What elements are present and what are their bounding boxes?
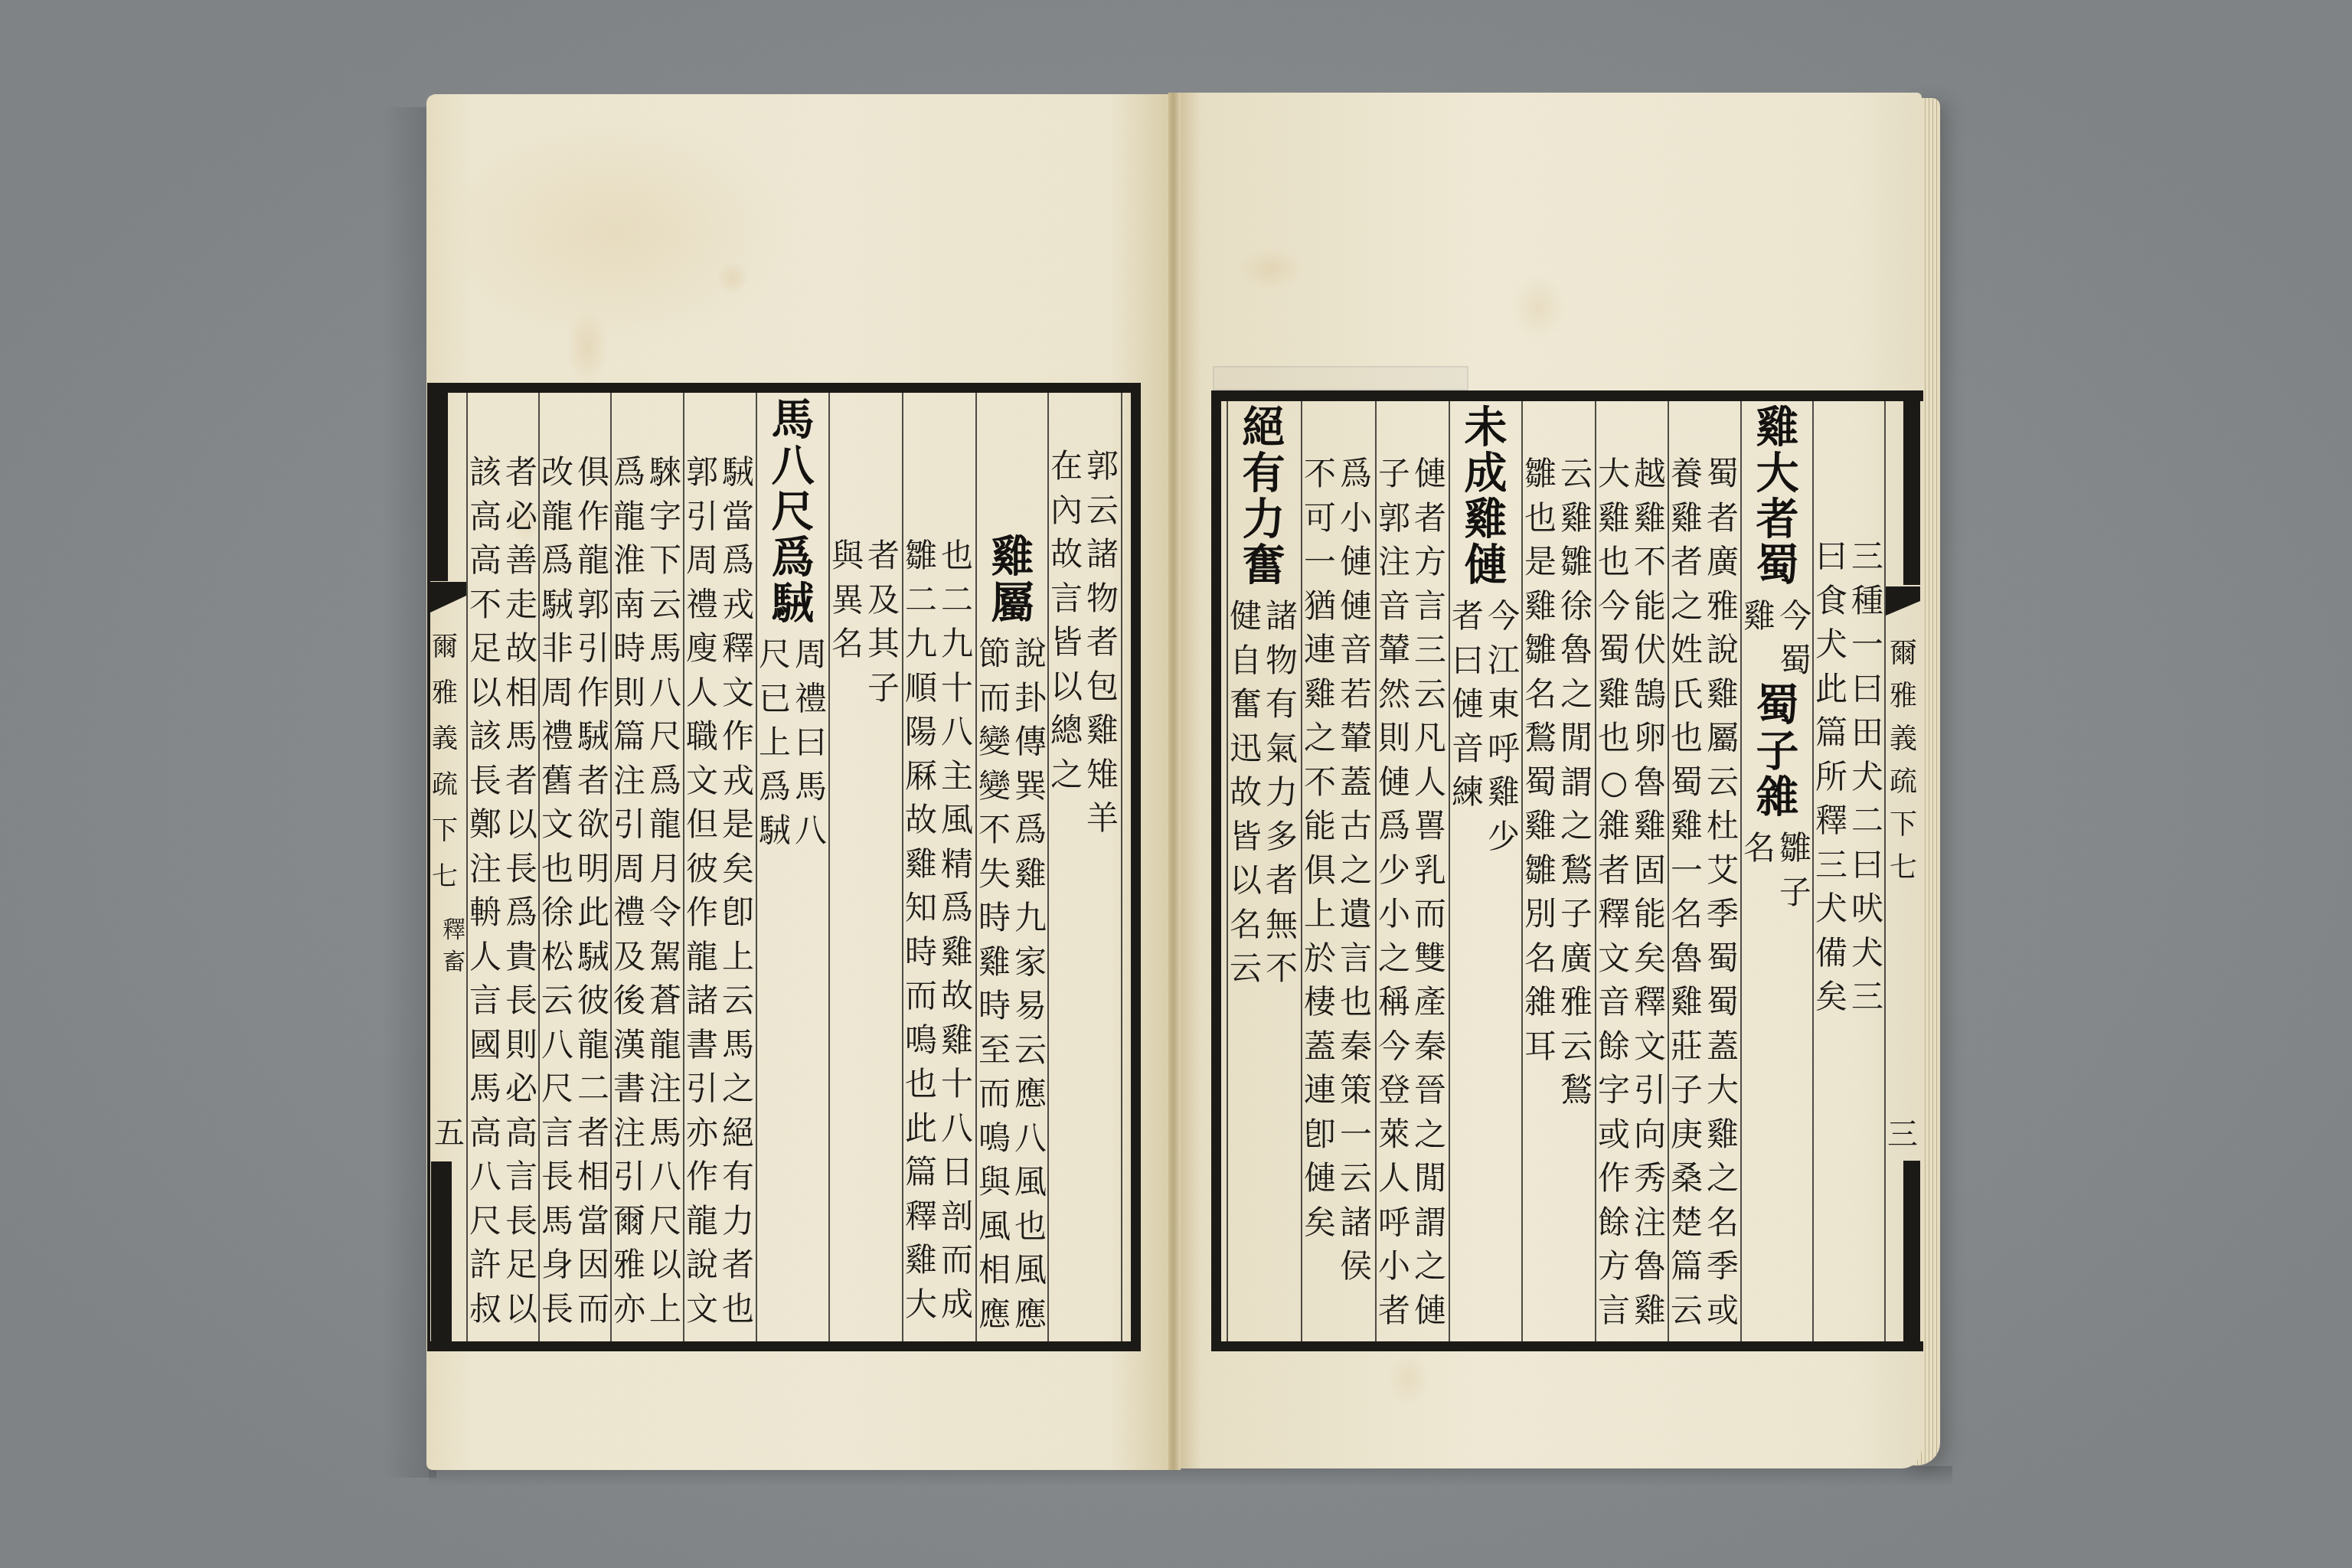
glyph: 剖 [939,1194,975,1239]
glyph: 云 [1338,1156,1374,1200]
annotation-line-left: 在內故言皆以總之 [1049,444,1085,796]
glyph: 作 [576,495,612,539]
glyph: 尺 [648,1199,684,1243]
glyph: 鳴 [903,1018,939,1063]
glyph: 爲 [1013,808,1049,852]
glyph: 此 [903,1106,939,1151]
glyph: 卦 [1013,676,1049,720]
glyph: 子 [1778,871,1814,915]
annotation-line-left: 名 [1742,826,1778,871]
glyph: 者 [1705,496,1741,541]
glyph: 爲 [612,450,648,495]
glyph: 雞 [1461,496,1511,542]
glyph: 尺 [540,1067,576,1111]
glyph: 則 [504,1023,540,1067]
glyph: 者 [1413,496,1449,541]
glyph: 之 [1413,1112,1449,1157]
glyph: 未 [1461,404,1511,450]
glyph: 氏 [1669,672,1705,717]
glyph: 作 [1596,1156,1632,1200]
glyph: 也 [1013,1204,1049,1249]
glyph: 屬 [988,580,1038,626]
headword-text: 絕有力奮 [1239,404,1289,588]
glyph: 廣 [1559,936,1595,981]
glyph: 鵠 [1632,672,1668,717]
glyph: 應 [977,1292,1013,1337]
glyph: 八 [939,1106,975,1151]
glyph: 音 [1377,584,1413,629]
column-rule [1121,393,1122,1341]
glyph: 僆 [1377,760,1413,805]
glyph: 也 [1669,716,1705,760]
glyph: 健 [1228,594,1264,639]
glyph: 文 [540,802,576,847]
glyph: 疏 [431,762,459,808]
glyph: 云 [1559,1024,1595,1069]
glyph: 爲 [1338,452,1374,496]
glyph: 三 [1886,1116,1919,1153]
glyph: 雓 [1523,980,1559,1024]
glyph: 篇 [612,714,648,759]
glyph: 力 [1239,496,1289,542]
glyph: 有 [720,1155,756,1199]
glyph: 駥 [576,935,612,979]
glyph: 長 [540,1287,576,1331]
glyph: 今 [1778,594,1814,639]
glyph: 後 [612,978,648,1023]
glyph: 言 [1596,1289,1632,1333]
glyph: 言 [1338,936,1374,981]
glyph: 遺 [1338,892,1374,936]
annotation-line-left: 與異名 [830,534,866,666]
glyph: 順 [903,666,939,710]
double-line-annotation: 周禮曰馬八 尺已上爲駥 [756,632,829,853]
glyph: 者 [1377,1289,1413,1333]
glyph: 諸 [1264,594,1300,639]
annotation-line-right: 說卦傳巽爲雞九家易云應八風也風應 [1013,632,1049,1336]
glyph: 高 [468,538,504,583]
glyph: 爲 [540,538,576,583]
glyph: 魯 [1632,760,1668,805]
glyph: 者 [1264,858,1300,903]
glyph: 注 [1377,540,1413,584]
glyph: 相 [504,671,540,715]
glyph: 成 [1461,450,1511,496]
annotation-line-left: 節而變變不失時雞時至而鳴與風相應 [977,632,1013,1336]
glyph: 雞 [1523,804,1559,848]
glyph: 僆 [1450,682,1486,727]
glyph: 易 [1013,984,1049,1028]
annotation-line-left: 雞 [1742,594,1778,639]
glyph: 力 [1264,770,1300,815]
glyph: 文 [684,1287,720,1331]
glyph: 時 [977,896,1013,940]
glyph: 萊 [1377,1112,1413,1157]
glyph: 風 [977,1204,1013,1249]
annotation-line-right: 蜀者廣雅說雞屬云杜艾季蜀蜀蓋大雞之名季或 [1705,452,1741,1332]
glyph: 故 [939,974,975,1018]
glyph: 物 [1264,639,1300,683]
glyph: ○ [1596,760,1632,805]
glyph: 鶖 [1559,1068,1595,1112]
glyph: 該 [468,714,504,759]
text-column: 雞大者蜀 今蜀 雞 蜀子雓 雛子 名 [1741,404,1814,914]
glyph: 僆 [1302,1156,1338,1200]
glyph: 在 [1049,444,1085,488]
headword-text: 未成雞僆 [1461,404,1511,588]
glyph: 閒 [1413,1156,1449,1200]
glyph: 三 [1850,534,1886,579]
glyph: 然 [1377,672,1413,717]
glyph: 雉 [1085,753,1121,797]
glyph: 俱 [1302,848,1338,893]
double-line-annotation: 爲小僆僆音若輦蓋古之遺言也秦策一云諸侯 不可一猶連雞之不能俱上於棲蓋連卽僆矣 [1302,452,1374,1289]
glyph: 雞 [1632,804,1668,848]
glyph: 說 [1013,632,1049,676]
glyph: 總 [1049,708,1085,753]
annotation-line-right: 者必善走故相馬者以長爲貴長則必高言長足以 [504,450,540,1331]
glyph: 職 [684,714,720,759]
glyph: 字 [1596,1068,1632,1112]
glyph: 爾 [1888,632,1919,675]
glyph: 蜀 [1778,639,1814,683]
glyph: 而 [977,676,1013,720]
glyph: 爲 [939,886,975,930]
glyph: 雛 [1523,628,1559,672]
glyph: 奮 [1239,542,1289,588]
glyph: 駥 [576,714,612,759]
glyph: 雞 [1302,672,1338,717]
glyph: 雞 [1705,1112,1741,1157]
glyph: 注 [612,1111,648,1155]
text-column: 越雞不能伏鵠卵魯雞固能矣釋文引向秀注魯雞 大雞也今蜀雞也○雓者釋文音餘字或作餘方… [1596,452,1668,1332]
glyph: 大 [1596,452,1632,496]
glyph: 卽 [720,890,756,935]
glyph: 蜀 [1705,936,1741,981]
glyph: 及 [612,935,648,979]
annotation-line-left: 者曰僆音練 [1450,594,1486,815]
glyph: 厤 [903,754,939,799]
glyph: 向 [1632,1112,1668,1157]
glyph: 蓋 [1705,1024,1741,1069]
glyph: 爲 [648,759,684,803]
glyph: 善 [504,538,540,583]
glyph: 周 [684,538,720,583]
glyph: 高 [504,1111,540,1155]
glyph: 與 [830,534,866,578]
glyph: 曰 [1814,534,1850,579]
glyph: 禮 [540,714,576,759]
glyph: 不 [1302,452,1338,496]
glyph: 魯 [1559,628,1595,672]
glyph: 廋 [684,626,720,671]
glyph: 以 [504,1287,540,1331]
glyph: 餘 [1596,1024,1632,1069]
glyph: 月 [648,847,684,891]
glyph: 江 [1486,639,1522,683]
glyph: 高 [468,1111,504,1155]
text-column: 者必善走故相馬者以長爲貴長則必高言長足以 該高高不足以該長鄭注輈人言國馬高八尺許… [467,450,540,1331]
glyph: 雞 [1486,770,1522,815]
glyph: 尺 [768,488,818,534]
banxin-elephant-trunk-bottom [431,1161,452,1341]
glyph: 犬 [1814,622,1850,667]
glyph: 其 [866,622,902,666]
glyph: 登 [1377,1068,1413,1112]
glyph: 雞 [1632,496,1668,541]
text-column: 也二九十八主風精爲雞故雞十八日剖而成 雛二九順陽厤故雞知時而鳴也此篇釋雞大 [903,534,975,1326]
glyph: 此 [576,890,612,935]
glyph: 於 [1302,936,1338,981]
glyph: 文 [1596,936,1632,981]
glyph: 時 [612,626,648,671]
right-frame-bottom-border [1211,1341,1923,1351]
banxin-page-number: 五 [433,1115,465,1151]
glyph: 也 [1338,980,1374,1024]
annotation-line-left: 尺已上爲駥 [757,632,793,853]
glyph: 風 [939,798,975,842]
glyph: 周 [540,671,576,715]
glyph: 魯 [1669,936,1705,981]
glyph: 呼 [1486,727,1522,771]
double-line-annotation: 騋字下云馬八尺爲龍月令駕蒼龍注馬八尺以上 爲龍淮南時則篇注引周禮及後漢書注引爾雅… [611,450,684,1331]
glyph: 雅 [1705,584,1741,629]
glyph: 下 [431,808,459,854]
double-line-annotation: 越雞不能伏鵠卵魯雞固能矣釋文引向秀注魯雞 大雞也今蜀雞也○雓者釋文音餘字或作餘方… [1596,452,1668,1332]
glyph: 莊 [1669,1024,1705,1069]
glyph: 釋 [903,1194,939,1239]
glyph: 食 [1814,579,1850,623]
glyph: 徐 [1559,584,1595,629]
glyph: 雞 [977,940,1013,985]
glyph: 郭 [1377,496,1413,541]
glyph: 而 [939,1238,975,1282]
left-frame-right-border [1131,383,1141,1351]
glyph: 駥 [768,580,818,626]
glyph: 猶 [1302,584,1338,629]
glyph: 雛 [1523,848,1559,893]
glyph: 彼 [684,847,720,891]
glyph: 該 [468,450,504,495]
glyph: 雅 [1888,675,1919,718]
glyph: 蜀 [1753,542,1803,588]
glyph: 當 [576,1199,612,1243]
glyph: 鶖 [1523,716,1559,760]
glyph: 雛 [1778,826,1814,871]
glyph: 之 [1705,1156,1741,1200]
glyph: 嘼 [1413,804,1449,848]
glyph: 釋 [1596,892,1632,936]
glyph: 雛 [903,534,939,578]
glyph: 若 [1338,672,1374,717]
glyph: 馬 [793,765,829,809]
text-column: 未成雞僆 今江東呼雞少 者曰僆音練 [1449,404,1522,858]
glyph: 人 [468,935,504,979]
glyph: 也 [540,847,576,891]
glyph: 已 [757,677,793,721]
glyph: 者 [866,534,902,578]
annotation-line-left: 雛二九順陽厤故雞知時而鳴也此篇釋雞大 [903,534,939,1326]
glyph: 八 [468,1155,504,1199]
glyph: 作 [720,714,756,759]
banxin-section-title: 釋畜 [443,914,465,978]
glyph: 人 [684,671,720,715]
glyph: 徐 [540,890,576,935]
glyph: 馬 [468,1067,504,1111]
double-line-annotation: 也二九十八主風精爲雞故雞十八日剖而成 雛二九順陽厤故雞知時而鳴也此篇釋雞大 [903,534,975,1326]
glyph: 作 [684,890,720,935]
glyph: 或 [1705,1289,1741,1333]
glyph: 稱 [1377,980,1413,1024]
glyph: 曰 [1850,667,1886,711]
glyph: 長 [504,847,540,891]
glyph: 言 [504,1155,540,1199]
glyph: 固 [1632,848,1668,893]
glyph: 釋 [443,914,465,946]
glyph: 子 [1377,452,1413,496]
glyph: 爲 [768,534,818,580]
glyph: 彼 [576,978,612,1023]
annotation-line-right: 者及其子 [866,534,902,710]
glyph: 物 [1085,577,1121,621]
glyph: 騋 [648,450,684,495]
glyph: 不 [1264,946,1300,991]
glyph: 諸 [1085,532,1121,577]
glyph: 輈 [468,890,504,935]
double-line-annotation: 者必善走故相馬者以長爲貴長則必高言長足以 該高高不足以該長鄭注輈人言國馬高八尺許… [467,450,540,1331]
glyph: 故 [1228,770,1264,815]
glyph: 今 [1377,1024,1413,1069]
glyph: 僆 [1413,452,1449,496]
banxin-book-title: 爾雅義疏下七 [431,624,459,900]
glyph: 篇 [1814,710,1850,755]
glyph: 一 [1850,622,1886,667]
glyph: 郭 [684,450,720,495]
glyph: 爲 [504,890,540,935]
glyph: 大 [1753,450,1803,496]
glyph: 變 [977,720,1013,764]
glyph: 也 [939,534,975,578]
glyph: 雞 [1085,708,1121,753]
glyph: 蓋 [1302,1024,1338,1069]
glyph: 釋 [1632,980,1668,1024]
glyph: 僆 [1461,542,1511,588]
glyph: 駥 [540,583,576,627]
banxin-elephant-trunk-bottom [1903,1161,1920,1341]
double-line-annotation: 蜀者廣雅說雞屬云杜艾季蜀蜀蓋大雞之名季或 養雞者之姓氏也蜀雞一名魯雞莊子庚桑楚篇… [1668,452,1741,1332]
glyph: 釋 [720,626,756,671]
glyph: 叔 [468,1287,504,1331]
glyph: 二 [1850,799,1886,843]
glyph: 迅 [1228,727,1264,771]
glyph: 禮 [612,890,648,935]
glyph: 犬 [1850,931,1886,975]
glyph: 以 [648,1243,684,1287]
glyph: 蜀 [1753,682,1803,728]
glyph: 者 [1596,848,1632,893]
glyph: 音 [1338,628,1374,672]
glyph: 風 [1013,1160,1049,1204]
glyph: 一 [1669,848,1705,893]
glyph: 亦 [612,1287,648,1331]
glyph: 小 [1377,1244,1413,1289]
glyph: 或 [1596,1112,1632,1157]
glyph: 時 [903,930,939,975]
glyph: 書 [612,1067,648,1111]
glyph: 也 [903,1062,939,1106]
glyph: 馬 [504,714,540,759]
glyph: 也 [1596,540,1632,584]
text-column: 騋字下云馬八尺爲龍月令駕蒼龍注馬八尺以上 爲龍淮南時則篇注引周禮及後漢書注引爾雅… [611,450,684,1331]
glyph: 戎 [720,759,756,803]
glyph: 尺 [757,632,793,677]
glyph: 秀 [1632,1156,1668,1200]
annotation-line-left: 郭引周禮廋人職文但彼作龍諸書引亦作龍說文 [684,450,720,1331]
glyph: 云 [540,978,576,1023]
glyph: 八 [540,1023,576,1067]
glyph: 皆 [1228,815,1264,859]
glyph: 小 [1338,496,1374,541]
text-column: 云雞雛徐魯之閒謂之鶖子廣雅云鶖 雛也是雞雛名鶖蜀雞雛別名雓耳 [1522,452,1595,1112]
glyph: 云 [720,978,756,1023]
annotation-line-right: 諸物有氣力多者無不 [1264,594,1300,991]
glyph: 注 [468,847,504,891]
double-line-annotation: 今蜀 雞 [1741,594,1814,682]
glyph: 蜀 [1705,980,1741,1024]
double-line-annotation: 諸物有氣力多者無不 健自奮迅故皆以名云 [1227,594,1300,991]
double-line-annotation: 雛子 名 [1741,826,1814,914]
glyph: 屬 [1705,716,1741,760]
glyph: 云 [1013,1028,1049,1073]
annotation-line-left: 該高高不足以該長鄭注輈人言國馬高八尺許叔 [468,450,504,1331]
glyph: 吠 [1850,887,1886,931]
glyph: 篇 [1669,1244,1705,1289]
glyph: 長 [504,978,540,1023]
annotation-line-right: 今江東呼雞少 [1486,594,1522,858]
glyph: 蒼 [648,978,684,1023]
annotation-line-right: 僆者方言三云凡人嘼乳而雙產秦晉之閒謂之僆 [1413,452,1449,1332]
glyph: 蜀 [1705,452,1741,496]
glyph: 七 [431,854,459,900]
show-through-ghost [1213,366,1468,390]
text-column: 絕有力奮 諸物有氣力多者無不 健自奮迅故皆以名云 [1227,404,1300,991]
glyph: 姓 [1669,628,1705,672]
glyph: 雙 [1413,936,1449,981]
glyph: 俱 [576,450,612,495]
annotation-line-right: 俱作龍郭引作駥者欲明此駥彼龍二者相當因而 [576,450,612,1331]
glyph: 方 [1596,1244,1632,1289]
glyph: 晉 [1413,1068,1449,1112]
annotation-line-left: 大雞也今蜀雞也○雓者釋文音餘字或作餘方言 [1596,452,1632,1332]
glyph: 雞 [903,842,939,887]
glyph: 八 [648,671,684,715]
glyph: 曰 [793,720,829,765]
glyph: 云 [1559,452,1595,496]
glyph: 禮 [684,583,720,627]
glyph: 下 [648,538,684,583]
glyph: 龍 [684,935,720,979]
glyph: 必 [504,495,540,539]
double-line-annotation: 今江東呼雞少 者曰僆音練 [1449,594,1522,858]
double-line-annotation: 俱作龍郭引作駥者欲明此駥彼龍二者相當因而 改龍爲駥非周禮舊文也徐松云八尺言長馬身… [539,450,612,1331]
glyph: 季 [1705,1244,1741,1289]
glyph: 畜 [443,946,465,978]
text-column: 爲小僆僆音若輦蓋古之遺言也秦策一云諸侯 不可一猶連雞之不能俱上於棲蓋連卽僆矣 [1302,452,1374,1289]
glyph: 言 [1413,584,1449,629]
annotation-line-left: 雛也是雞雛名鶖蜀雞雛別名雓耳 [1523,452,1559,1068]
glyph: 之 [1559,804,1595,848]
glyph: 而 [977,1072,1013,1116]
